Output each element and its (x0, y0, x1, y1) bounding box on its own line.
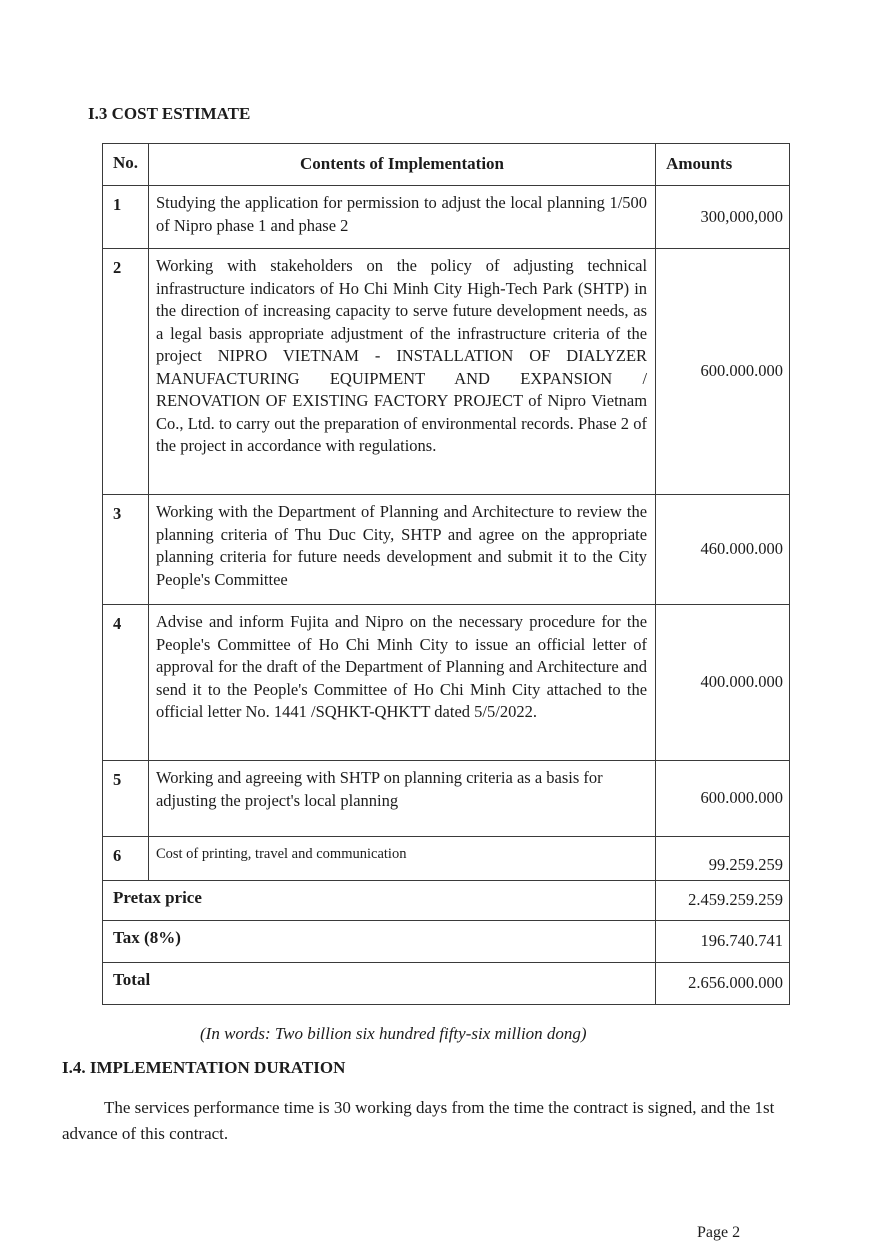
summary-row-pretax: Pretax price 2.459.259.259 (103, 881, 790, 921)
duration-paragraph: The services performance time is 30 work… (62, 1095, 778, 1147)
table-row: 3 Working with the Department of Plannin… (103, 495, 790, 605)
summary-amount: 2.459.259.259 (656, 881, 790, 921)
row-contents: Working with the Department of Planning … (148, 495, 655, 605)
row-amount: 600.000.000 (656, 761, 790, 837)
row-no: 1 (103, 186, 149, 249)
row-no: 3 (103, 495, 149, 605)
amount-in-words: (In words: Two billion six hundred fifty… (200, 1024, 587, 1044)
summary-label: Pretax price (103, 881, 656, 921)
row-no: 2 (103, 249, 149, 495)
row-amount: 600.000.000 (656, 249, 790, 495)
table-row: 6 Cost of printing, travel and communica… (103, 837, 790, 881)
row-amount: 99.259.259 (656, 837, 790, 881)
row-contents: Cost of printing, travel and communicati… (148, 837, 655, 881)
table-row: 2 Working with stakeholders on the polic… (103, 249, 790, 495)
row-contents: Advise and inform Fujita and Nipro on th… (148, 605, 655, 761)
section-title-cost-estimate: I.3 COST ESTIMATE (88, 104, 250, 124)
row-no: 6 (103, 837, 149, 881)
summary-amount: 2.656.000.000 (656, 963, 790, 1005)
row-amount: 460.000.000 (656, 495, 790, 605)
header-contents: Contents of Implementation (148, 144, 655, 186)
table-row: 1 Studying the application for permissio… (103, 186, 790, 249)
row-contents: Working with stakeholders on the policy … (148, 249, 655, 495)
summary-label: Tax (8%) (103, 921, 656, 963)
section-title-implementation-duration: I.4. IMPLEMENTATION DURATION (62, 1058, 345, 1078)
row-contents: Working and agreeing with SHTP on planni… (148, 761, 655, 837)
summary-label: Total (103, 963, 656, 1005)
summary-amount: 196.740.741 (656, 921, 790, 963)
table-row: 5 Working and agreeing with SHTP on plan… (103, 761, 790, 837)
row-contents: Studying the application for permission … (148, 186, 655, 249)
cost-estimate-table: No. Contents of Implementation Amounts 1… (102, 143, 790, 1005)
row-no: 4 (103, 605, 149, 761)
summary-row-total: Total 2.656.000.000 (103, 963, 790, 1005)
row-no: 5 (103, 761, 149, 837)
page-number: Page 2 (697, 1224, 740, 1242)
row-amount: 400.000.000 (656, 605, 790, 761)
row-amount: 300,000,000 (656, 186, 790, 249)
table-row: 4 Advise and inform Fujita and Nipro on … (103, 605, 790, 761)
summary-row-tax: Tax (8%) 196.740.741 (103, 921, 790, 963)
table-header-row: No. Contents of Implementation Amounts (103, 144, 790, 186)
header-amounts: Amounts (656, 144, 790, 186)
header-no: No. (103, 144, 149, 186)
